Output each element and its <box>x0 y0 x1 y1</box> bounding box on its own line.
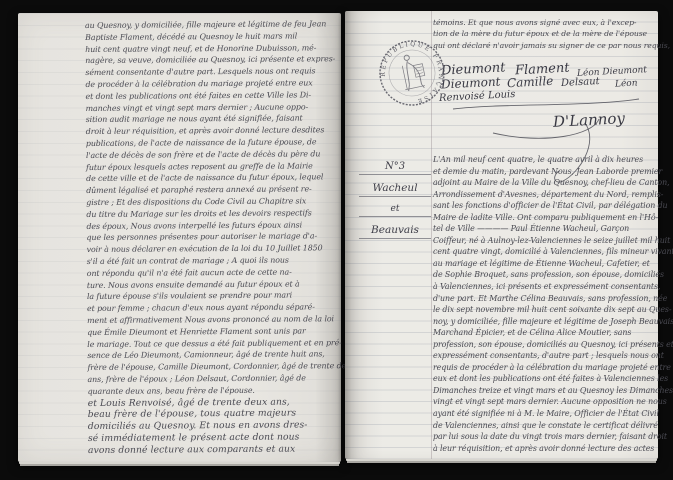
groom-surname: Wacheul <box>359 182 431 197</box>
handwritten-line: ans, frère de l'époux ; Léon Delsaut, Co… <box>87 372 339 386</box>
handwritten-line: Marchand Épicier, et de Célina Alice Mou… <box>433 327 655 339</box>
handwritten-line: adjoint au Maire de la Ville du Quesnoy,… <box>433 177 655 189</box>
right-page-act-text: L'An mil neuf cent quatre, le quatre avr… <box>433 154 655 454</box>
signature: Delsaut <box>561 76 600 89</box>
previous-act-closing-text: témoins. Et que nous avons signé avec eu… <box>433 17 655 51</box>
handwritten-line: tel de Ville ———— Paul Étienne Wacheul, … <box>433 223 655 235</box>
handwritten-line: ayant été signifiée ni à M. le Maire, Of… <box>433 408 655 420</box>
handwritten-line: vingt et vingt sept mars dernier. Aucune… <box>433 396 655 408</box>
handwritten-line: que Émile Dieumont et Henriette Flament … <box>87 325 339 339</box>
handwritten-line: requis de procéder à la célébration du m… <box>433 362 655 374</box>
handwritten-line: Dimanches treize et vingt mars et au Que… <box>433 385 655 397</box>
signature: D'Lannoy <box>553 109 626 131</box>
bride-surname: Beauvais <box>359 224 431 239</box>
conjunction-label: et <box>359 204 431 217</box>
handwritten-line: le dix sept novembre mil huit cent soixa… <box>433 304 655 316</box>
handwritten-line: Coiffeur, né à Aulnoy-lez-Valenciennes l… <box>433 235 655 247</box>
left-page: au Quesnoy, y domiciliée, fille majeure … <box>18 13 341 462</box>
act-margin-note: N°3 Wacheul et Beauvais <box>359 161 431 246</box>
handwritten-line: tion de la mère du futur époux et de la … <box>433 28 655 39</box>
seal-text: RÉPUBLIQUE FRANÇAISE <box>374 35 450 111</box>
handwritten-line: domiciliés au Quesnoy. Et nous en avons … <box>88 419 340 433</box>
handwritten-line: de Sophie Broquet, sans profession, son … <box>433 269 655 281</box>
scanned-register-spread: au Quesnoy, y domiciliée, fille majeure … <box>0 0 673 480</box>
handwritten-line: à leur réquisition, et après avoir donné… <box>433 443 655 455</box>
handwritten-line: avons donné lecture aux comparants et au… <box>88 443 340 457</box>
handwritten-line: sant les fonctions d'officier de l'État … <box>433 200 655 212</box>
handwritten-line: à Valenciennes, ici présents et expressé… <box>433 281 655 293</box>
seal-figure <box>398 52 427 91</box>
signature: Léon <box>615 78 638 89</box>
handwritten-line: de Valenciennes, ainsi que le constate l… <box>433 420 655 432</box>
handwritten-line: L'An mil neuf cent quatre, le quatre avr… <box>433 154 655 166</box>
handwritten-line: profession, son épouse, domiciliés au Qu… <box>433 339 655 351</box>
signature: Camille <box>507 74 554 90</box>
handwritten-line: témoins. Et que nous avons signé avec eu… <box>433 17 655 28</box>
handwritten-line: voir à nous déclarer en exécution de la … <box>87 242 339 256</box>
handwritten-line: au mariage et légitime de Étienne Wacheu… <box>433 258 655 270</box>
left-page-act-text: au Quesnoy, y domiciliée, fille majeure … <box>85 18 340 456</box>
handwritten-line: d'une part. Et Marthe Célina Beauvais, s… <box>433 293 655 305</box>
handwritten-line: expressément consentants, d'autre part ;… <box>433 350 655 362</box>
handwritten-line: eux et dont les publications ont été fai… <box>433 373 655 385</box>
act-number: N°3 <box>359 161 431 175</box>
svg-text:RÉPUBLIQUE FRANÇAISE: RÉPUBLIQUE FRANÇAISE <box>374 35 450 111</box>
handwritten-line: qui ont déclaré n'avoir jamais su signer… <box>433 40 655 51</box>
handwritten-line: Arrondissement d'Avesnes, département du… <box>433 189 655 201</box>
right-page: témoins. Et que nous avons signé avec eu… <box>345 11 658 459</box>
handwritten-line: cent quatre vingt, domicilié à Valencien… <box>433 246 655 258</box>
handwritten-line: Maire de ladite Ville. Ont comparu publi… <box>433 212 655 224</box>
handwritten-line: au Quesnoy, y domiciliée, fille majeure … <box>85 18 337 32</box>
handwritten-line: noy, y domiciliée, fille majeure et légi… <box>433 316 655 328</box>
handwritten-line: par lui sous la date du vingt trois mars… <box>433 431 655 443</box>
republique-francaise-stamp-icon: RÉPUBLIQUE FRANÇAISE <box>368 29 456 117</box>
handwritten-line: et demie du matin, pardevant Nous, Jean … <box>433 166 655 178</box>
